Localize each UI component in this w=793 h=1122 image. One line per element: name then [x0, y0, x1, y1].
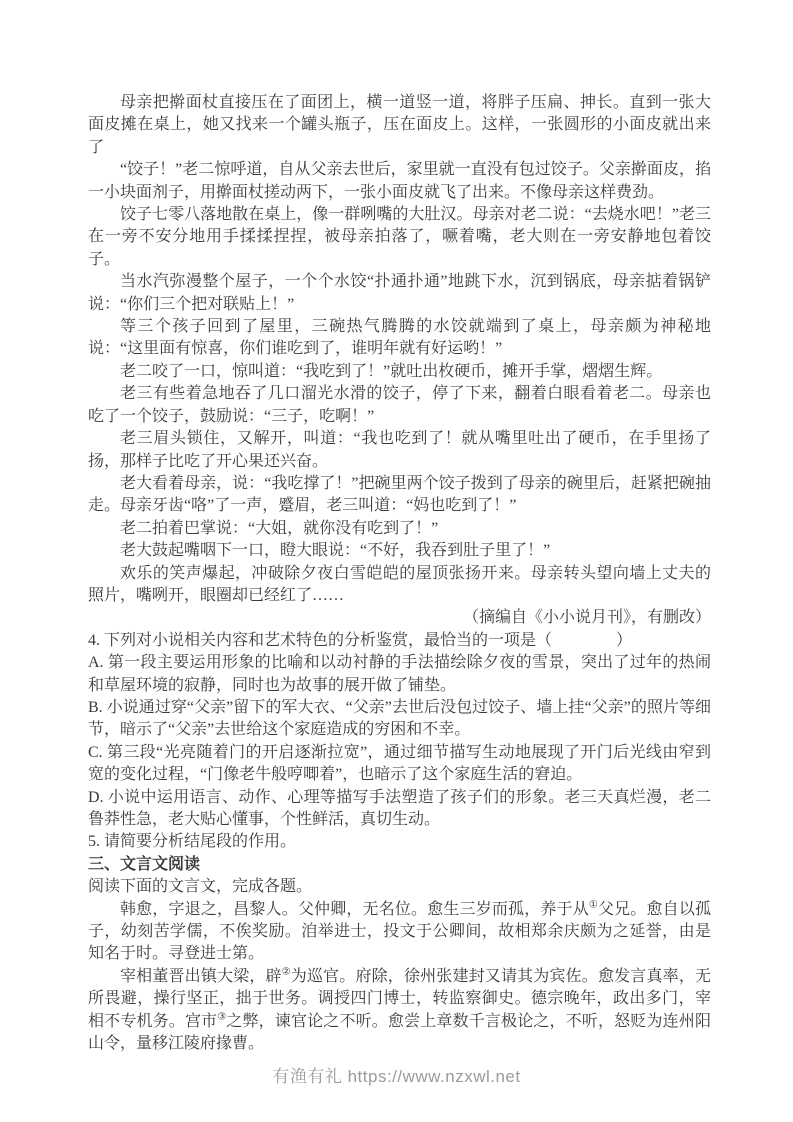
- question-5: 5. 请简要分析结尾段的作用。: [88, 831, 711, 853]
- paragraph: D. 小说中运用语言、动作、心理等描写手法塑造了孩子们的形象。老三天真烂漫，老二…: [88, 787, 711, 832]
- paragraph: 韩愈，字退之，昌黎人。父仲卿，无名位。愈生三岁而孤，养于从①父兄。愈自以孤子，幼…: [88, 899, 711, 966]
- paragraph: A. 第一段主要运用形象的比喻和以动衬静的手法描绘除夕夜的雪景，突出了过年的热闹…: [88, 652, 711, 697]
- paragraph: 母亲把擀面杖直接压在了面团上，横一道竖一道，将胖子压扁、抻长。直到一张大面皮摊在…: [88, 92, 711, 159]
- paragraph: 老三眉头锁住，又解开，叫道：“我也吃到了！就从嘴里吐出了硬币，在手里扬了扬，那样…: [88, 428, 711, 473]
- story-attribution: （摘编自《小小说月刊》，有删改）: [88, 607, 711, 629]
- question-4-options: A. 第一段主要运用形象的比喻和以动衬静的手法描绘除夕夜的雪景，突出了过年的热闹…: [88, 652, 711, 831]
- paragraph: C. 第三段“光亮随着门的开启逐渐拉宽”，通过细节描写生动地展现了开门后光线由窄…: [88, 742, 711, 787]
- section-3-intro: 阅读下面的文言文，完成各题。: [88, 876, 711, 898]
- page-footer: 有渔有礼 https://www.nzxwl.net: [0, 1062, 793, 1087]
- footer-watermark: 有渔有礼 https://www.nzxwl.net: [272, 1067, 520, 1086]
- document-content: 母亲把擀面杖直接压在了面团上，横一道竖一道，将胖子压扁、抻长。直到一张大面皮摊在…: [88, 92, 711, 1055]
- story-passage: 母亲把擀面杖直接压在了面团上，横一道竖一道，将胖子压扁、抻长。直到一张大面皮摊在…: [88, 92, 711, 607]
- paragraph: 老三有些着急地吞了几口溜光水滑的饺子，停了下来，翻着白眼看着老二。母亲也吃了一个…: [88, 383, 711, 428]
- paragraph: 欢乐的笑声爆起，冲破除夕夜白雪皑皑的屋顶张扬开来。母亲转头望向墙上丈夫的照片，嘴…: [88, 563, 711, 608]
- paragraph: 老大鼓起嘴咽下一口，瞪大眼说：“不好，我吞到肚子里了！”: [88, 540, 711, 562]
- paragraph: 老二拍着巴掌说：“大姐，就你没有吃到了！”: [88, 518, 711, 540]
- paragraph: B. 小说通过穿“父亲”留下的军大衣、“父亲”去世后没包过饺子、墙上挂“父亲”的…: [88, 697, 711, 742]
- classical-passage: 韩愈，字退之，昌黎人。父仲卿，无名位。愈生三岁而孤，养于从①父兄。愈自以孤子，幼…: [88, 899, 711, 1056]
- paragraph: 等三个孩子回到了屋里，三碗热气腾腾的水饺就端到了桌上，母亲颇为神秘地说：“这里面…: [88, 316, 711, 361]
- paragraph: 宰相董晋出镇大梁，辟②为巡官。府除，徐州张建封又请其为宾佐。愈发言真率，无所畏避…: [88, 966, 711, 1056]
- section-3-title: 三、文言文阅读: [88, 854, 711, 876]
- paragraph: 老二咬了一口，惊叫道：“我吃到了！”就吐出枚硬币，摊开手掌，熠熠生辉。: [88, 361, 711, 383]
- paragraph: 当水汽弥漫整个屋子，一个个水饺“扑通扑通”地跳下水，沉到锅底，母亲掂着锅铲说：“…: [88, 271, 711, 316]
- exam-page: 母亲把擀面杖直接压在了面团上，横一道竖一道，将胖子压扁、抻长。直到一张大面皮摊在…: [0, 0, 793, 1122]
- paragraph: 老大看着母亲，说：“我吃撑了！”把碗里两个饺子拨到了母亲的碗里后，赶紧把碗抽走。…: [88, 473, 711, 518]
- paragraph: 饺子七零八落地散在桌上，像一群咧嘴的大肚汉。母亲对老二说：“去烧水吧！”老三在一…: [88, 204, 711, 271]
- question-4-stem: 4. 下列对小说相关内容和艺术特色的分析鉴赏，最恰当的一项是（ ）: [88, 630, 711, 652]
- paragraph: “饺子！”老二惊呼道，自从父亲去世后，家里就一直没有包过饺子。父亲擀面皮，掐一小…: [88, 159, 711, 204]
